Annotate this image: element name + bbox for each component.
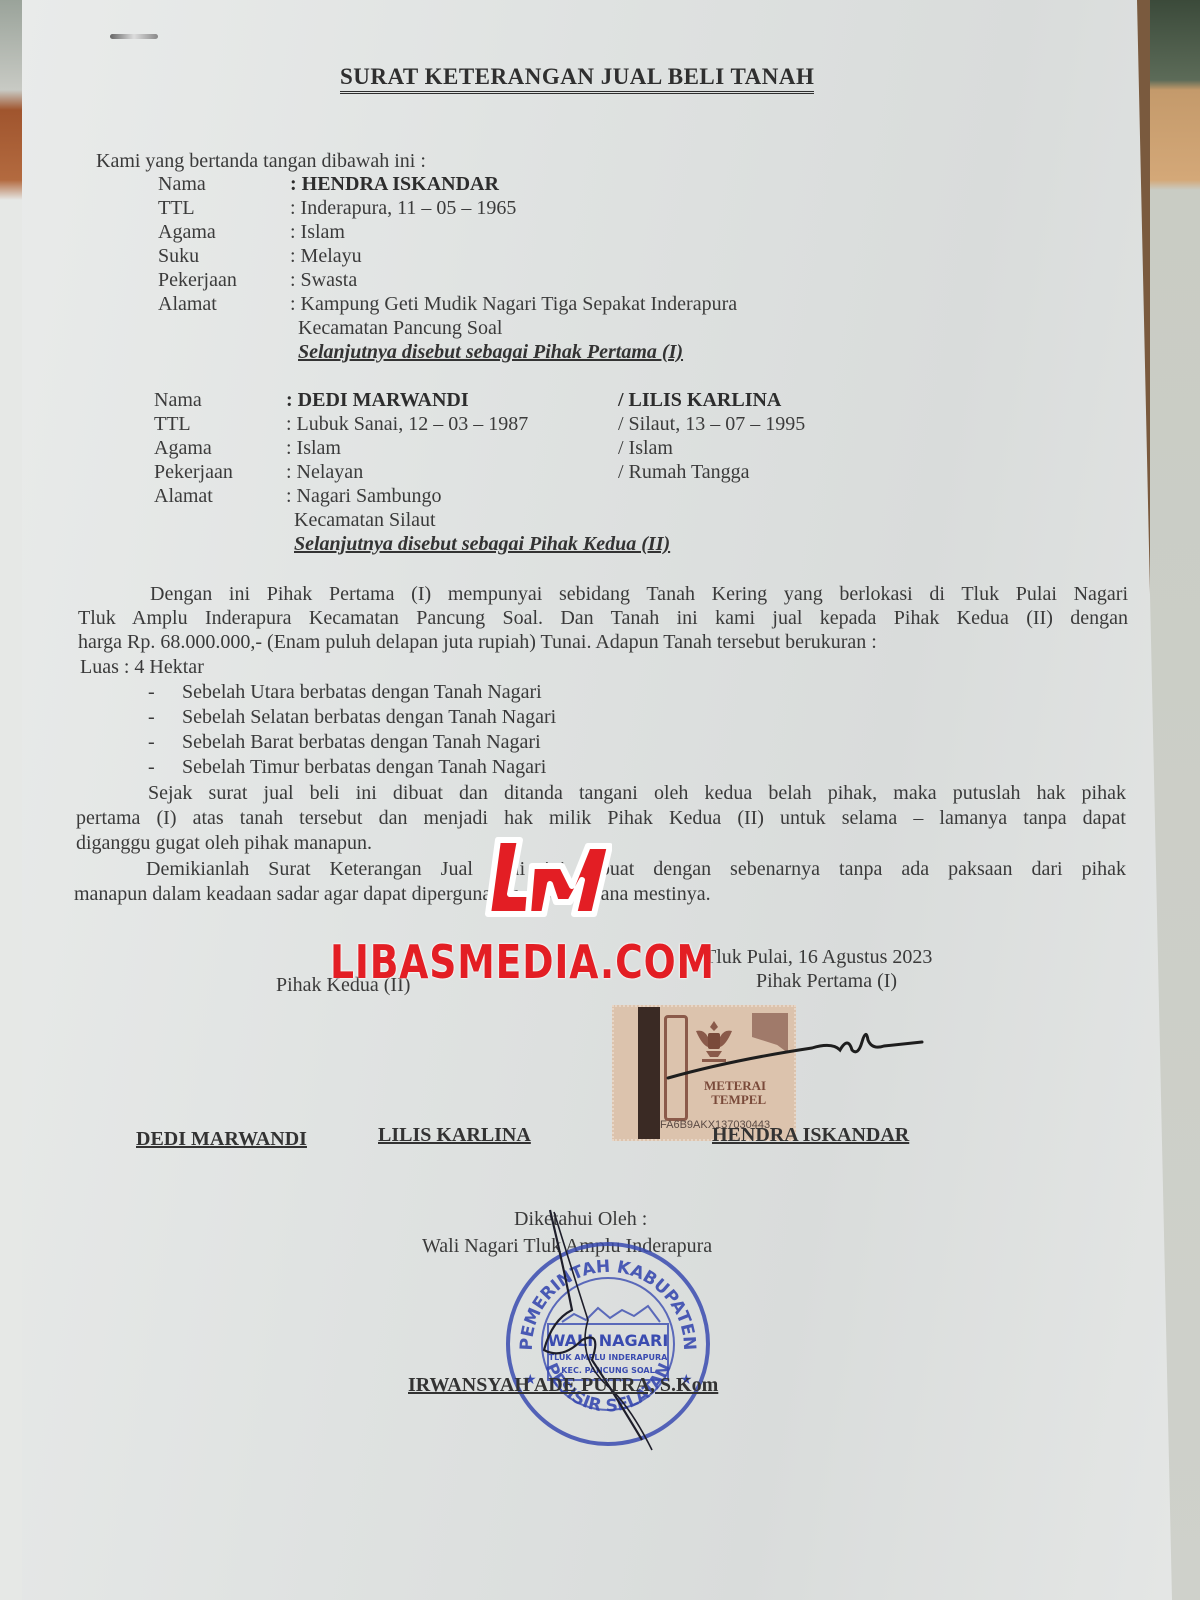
field-value: : HENDRA ISKANDAR xyxy=(290,173,499,196)
field-label: Pekerjaan xyxy=(154,461,233,484)
paragraph-line: harga Rp. 68.000.000,- (Enam puluh delap… xyxy=(78,630,1128,655)
boundary-item: -Sebelah Timur berbatas dengan Tanah Nag… xyxy=(148,756,546,779)
pihak-pertama-name: HENDRA ISKANDAR xyxy=(712,1124,909,1147)
document-page: SURAT KETERANGAN JUAL BELI TANAH Kami ya… xyxy=(22,0,1172,1600)
paragraph-line: pertama (I) atas tanah tersebut dan menj… xyxy=(76,806,1126,831)
field-label: Suku xyxy=(158,245,199,268)
paragraph-line: Tluk Amplu Inderapura Kecamatan Pancung … xyxy=(78,606,1128,631)
official-stamp-seal: PEMERINTAH KABUPATEN PESISIR SELATAN WAL… xyxy=(502,1238,714,1450)
boundary-item: -Sebelah Selatan berbatas dengan Tanah N… xyxy=(148,706,556,729)
field-label: Alamat xyxy=(158,293,217,316)
pihak-kedua-name-1: DEDI MARWANDI xyxy=(136,1128,307,1151)
pihak-kedua-name-2: LILIS KARLINA xyxy=(378,1124,531,1147)
field-value: : Inderapura, 11 – 05 – 1965 xyxy=(290,197,516,220)
acknowledgement-heading: Diketahui Oleh : xyxy=(514,1208,647,1231)
meterai-label: METERAI TEMPEL xyxy=(704,1079,766,1107)
field-value: : Kampung Geti Mudik Nagari Tiga Sepakat… xyxy=(290,293,737,316)
field-value: : Islam xyxy=(286,437,341,460)
field-label: Nama xyxy=(154,389,202,412)
libasmedia-logo-icon xyxy=(484,836,612,918)
field-label: Agama xyxy=(158,221,216,244)
field-value-2: / Silaut, 13 – 07 – 1995 xyxy=(618,413,805,436)
stamp-center-line-1: WALI NAGARI xyxy=(548,1331,669,1350)
address-line-2: Kecamatan Pancung Soal xyxy=(298,317,502,340)
meterai-hologram-strip xyxy=(638,1007,660,1139)
land-area: Luas : 4 Hektar xyxy=(80,656,204,679)
stamp-center-line-2: TLUK AMPLU INDERAPURA xyxy=(549,1353,669,1362)
field-value: : Lubuk Sanai, 12 – 03 – 1987 xyxy=(286,413,528,436)
paragraph-line: Dengan ini Pihak Pertama (I) mempunyai s… xyxy=(78,582,1128,607)
staple-icon xyxy=(110,34,158,39)
field-value: : DEDI MARWANDI xyxy=(286,389,469,412)
field-label: Agama xyxy=(154,437,212,460)
field-value: : Islam xyxy=(290,221,345,244)
place-date: Tluk Pulai, 16 Agustus 2023 xyxy=(704,946,932,969)
field-label: Pekerjaan xyxy=(158,269,237,292)
official-name: IRWANSYAH ADE PUTRA, S.Kom xyxy=(408,1374,718,1397)
pihak-kedua-designation: Selanjutnya disebut sebagai Pihak Kedua … xyxy=(294,533,670,556)
paragraph-line: Sejak surat jual beli ini dibuat dan dit… xyxy=(76,781,1126,806)
meterai-stamp: METERAI TEMPEL FA6B9AKX137030443 xyxy=(612,1005,796,1141)
field-value: : Swasta xyxy=(290,269,357,292)
field-label: Nama xyxy=(158,173,206,196)
pihak-pertama-designation: Selanjutnya disebut sebagai Pihak Pertam… xyxy=(298,341,683,364)
meterai-denomination-frame xyxy=(664,1015,688,1121)
boundary-item: -Sebelah Barat berbatas dengan Tanah Nag… xyxy=(148,731,541,754)
garuda-emblem-icon xyxy=(692,1017,736,1065)
address-line-2: Kecamatan Silaut xyxy=(294,509,436,532)
field-label: Alamat xyxy=(154,485,213,508)
pihak-pertama-label: Pihak Pertama (I) xyxy=(756,970,897,993)
intro-text: Kami yang bertanda tangan dibawah ini : xyxy=(96,150,426,173)
watermark-site-text: LIBASMEDIA.COM xyxy=(330,935,715,989)
field-label: TTL xyxy=(154,413,191,436)
field-value-2: / Rumah Tangga xyxy=(618,461,750,484)
field-value: : Melayu xyxy=(290,245,362,268)
boundary-item: -Sebelah Utara berbatas dengan Tanah Nag… xyxy=(148,681,542,704)
field-label: TTL xyxy=(158,197,195,220)
document-title: SURAT KETERANGAN JUAL BELI TANAH xyxy=(340,64,814,94)
field-value: : Nelayan xyxy=(286,461,363,484)
field-value: : Nagari Sambungo xyxy=(286,485,442,508)
field-value-2: / LILIS KARLINA xyxy=(618,389,781,412)
field-value-2: / Islam xyxy=(618,437,673,460)
meterai-corner-graphic xyxy=(752,1013,788,1053)
